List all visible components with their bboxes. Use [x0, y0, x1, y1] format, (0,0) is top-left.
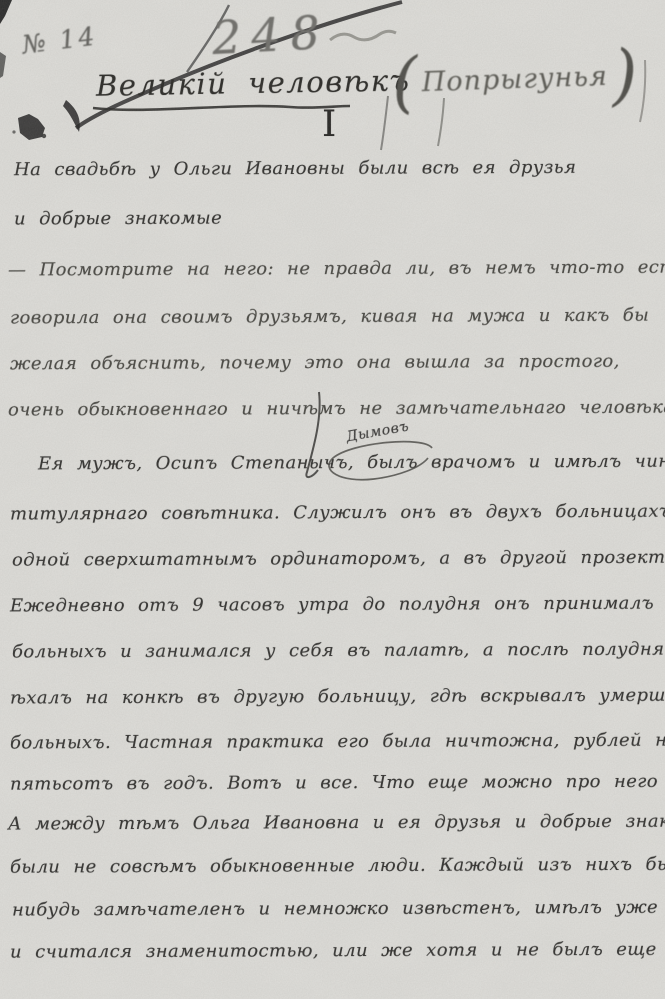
ink-hook — [63, 100, 80, 132]
manuscript-line: Ежедневно отъ 9 часовъ утра до полудня о… — [10, 593, 654, 617]
manuscript-line: говорила она своимъ друзьямъ, кивая на м… — [10, 305, 649, 329]
ink-speck — [12, 130, 15, 133]
manuscript-line: очень обыкновеннаго и ничѣмъ не замѣчате… — [8, 397, 665, 421]
pencil-page-number: 248 — [211, 5, 331, 65]
manuscript-page: № 14 248 Великій человѣкъ ( Попрыгунья )… — [0, 0, 665, 999]
manuscript-line: желая объяснить, почему это она вышла за… — [10, 351, 620, 375]
scan-edge-mark — [0, 0, 12, 24]
manuscript-line: одной сверхштатнымъ ординаторомъ, а въ д… — [12, 546, 665, 570]
manuscript-line: были не совсѣмъ обыкновенные люди. Кажды… — [10, 853, 665, 877]
manuscript-line: На свадьбѣ у Ольги Ивановны были всѣ ея … — [14, 157, 576, 180]
paper-texture — [0, 0, 665, 999]
ink-blot — [18, 114, 45, 140]
pencil-squiggle — [330, 31, 396, 40]
manuscript-title: Великій человѣкъ — [96, 63, 411, 102]
stray-stroke — [381, 96, 388, 150]
interlinear-insertion: Дымовъ — [345, 419, 410, 446]
manuscript-line: титулярнаго совѣтника. Служилъ онъ въ дв… — [10, 500, 665, 524]
open-paren-glyph: ( — [391, 49, 419, 116]
manuscript-line: и добрые знакомые — [14, 208, 222, 230]
manuscript-line: ѣхалъ на конкѣ въ другую больницу, гдѣ в… — [10, 684, 665, 708]
scan-edge-mark — [0, 52, 6, 78]
crossed-archival-note: № 14 — [21, 22, 99, 60]
manuscript-line: Ея мужъ, Осипъ Степанычъ, былъ врачомъ и… — [38, 451, 665, 475]
manuscript-subtitle: ( Попрыгунья ) — [391, 42, 639, 117]
chapter-numeral: I — [322, 104, 336, 145]
subtitle-text: Попрыгунья — [421, 60, 608, 97]
close-paren-glyph: ) — [611, 42, 639, 109]
manuscript-line: — Посмотрите на него: не правда ли, въ н… — [8, 256, 665, 280]
title-underline — [93, 106, 350, 110]
manuscript-line: больныхъ. Частная практика его была ничт… — [10, 730, 665, 754]
ink-speck — [42, 134, 46, 138]
manuscript-line: и считался знаменитостью, или же хотя и … — [10, 938, 665, 962]
manuscript-line: пятьсотъ въ годъ. Вотъ и все. Что еще мо… — [10, 770, 665, 794]
pen-strokes-layer — [0, 0, 665, 999]
manuscript-line: А между тѣмъ Ольга Ивановна и ея друзья … — [8, 810, 665, 834]
manuscript-line: больныхъ и занимался у себя въ палатѣ, а… — [12, 639, 664, 663]
stray-stroke — [640, 60, 645, 122]
manuscript-line: нибудь замѣчателенъ и немножко извѣстенъ… — [12, 896, 665, 920]
